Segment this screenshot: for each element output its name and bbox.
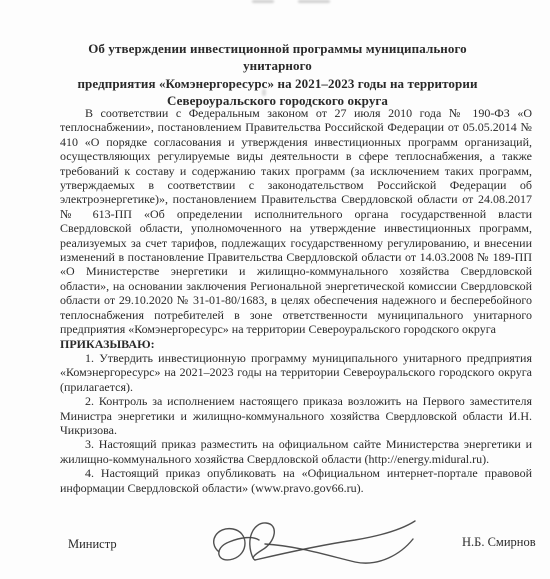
order-item-2: 2. Контроль за исполнением настоящего пр… — [60, 394, 532, 437]
title-line: предприятия «Комэнергоресурс» на 2021–20… — [55, 75, 500, 92]
signer-name: Н.Б. Смирнов — [462, 535, 536, 550]
document-body: В соответствии с Федеральным законом от … — [60, 106, 532, 495]
signature-scrawl-icon — [203, 514, 423, 572]
order-item-4: 4. Настоящий приказ опубликовать на «Офи… — [60, 466, 532, 495]
document-title: Об утверждении инвестиционной программы … — [55, 40, 500, 109]
title-line: Об утверждении инвестиционной программы … — [55, 40, 500, 75]
preamble-paragraph: В соответствии с Федеральным законом от … — [60, 106, 532, 337]
signer-position: Министр — [68, 537, 117, 552]
order-item-1: 1. Утвердить инвестиционную программу му… — [60, 351, 532, 394]
document-page: Об утверждении инвестиционной программы … — [0, 0, 550, 579]
order-keyword: ПРИКАЗЫВАЮ: — [60, 337, 532, 351]
order-item-3: 3. Настоящий приказ разместить на официа… — [60, 437, 532, 466]
scan-artifact — [252, 0, 274, 3]
scan-artifact — [298, 0, 330, 3]
